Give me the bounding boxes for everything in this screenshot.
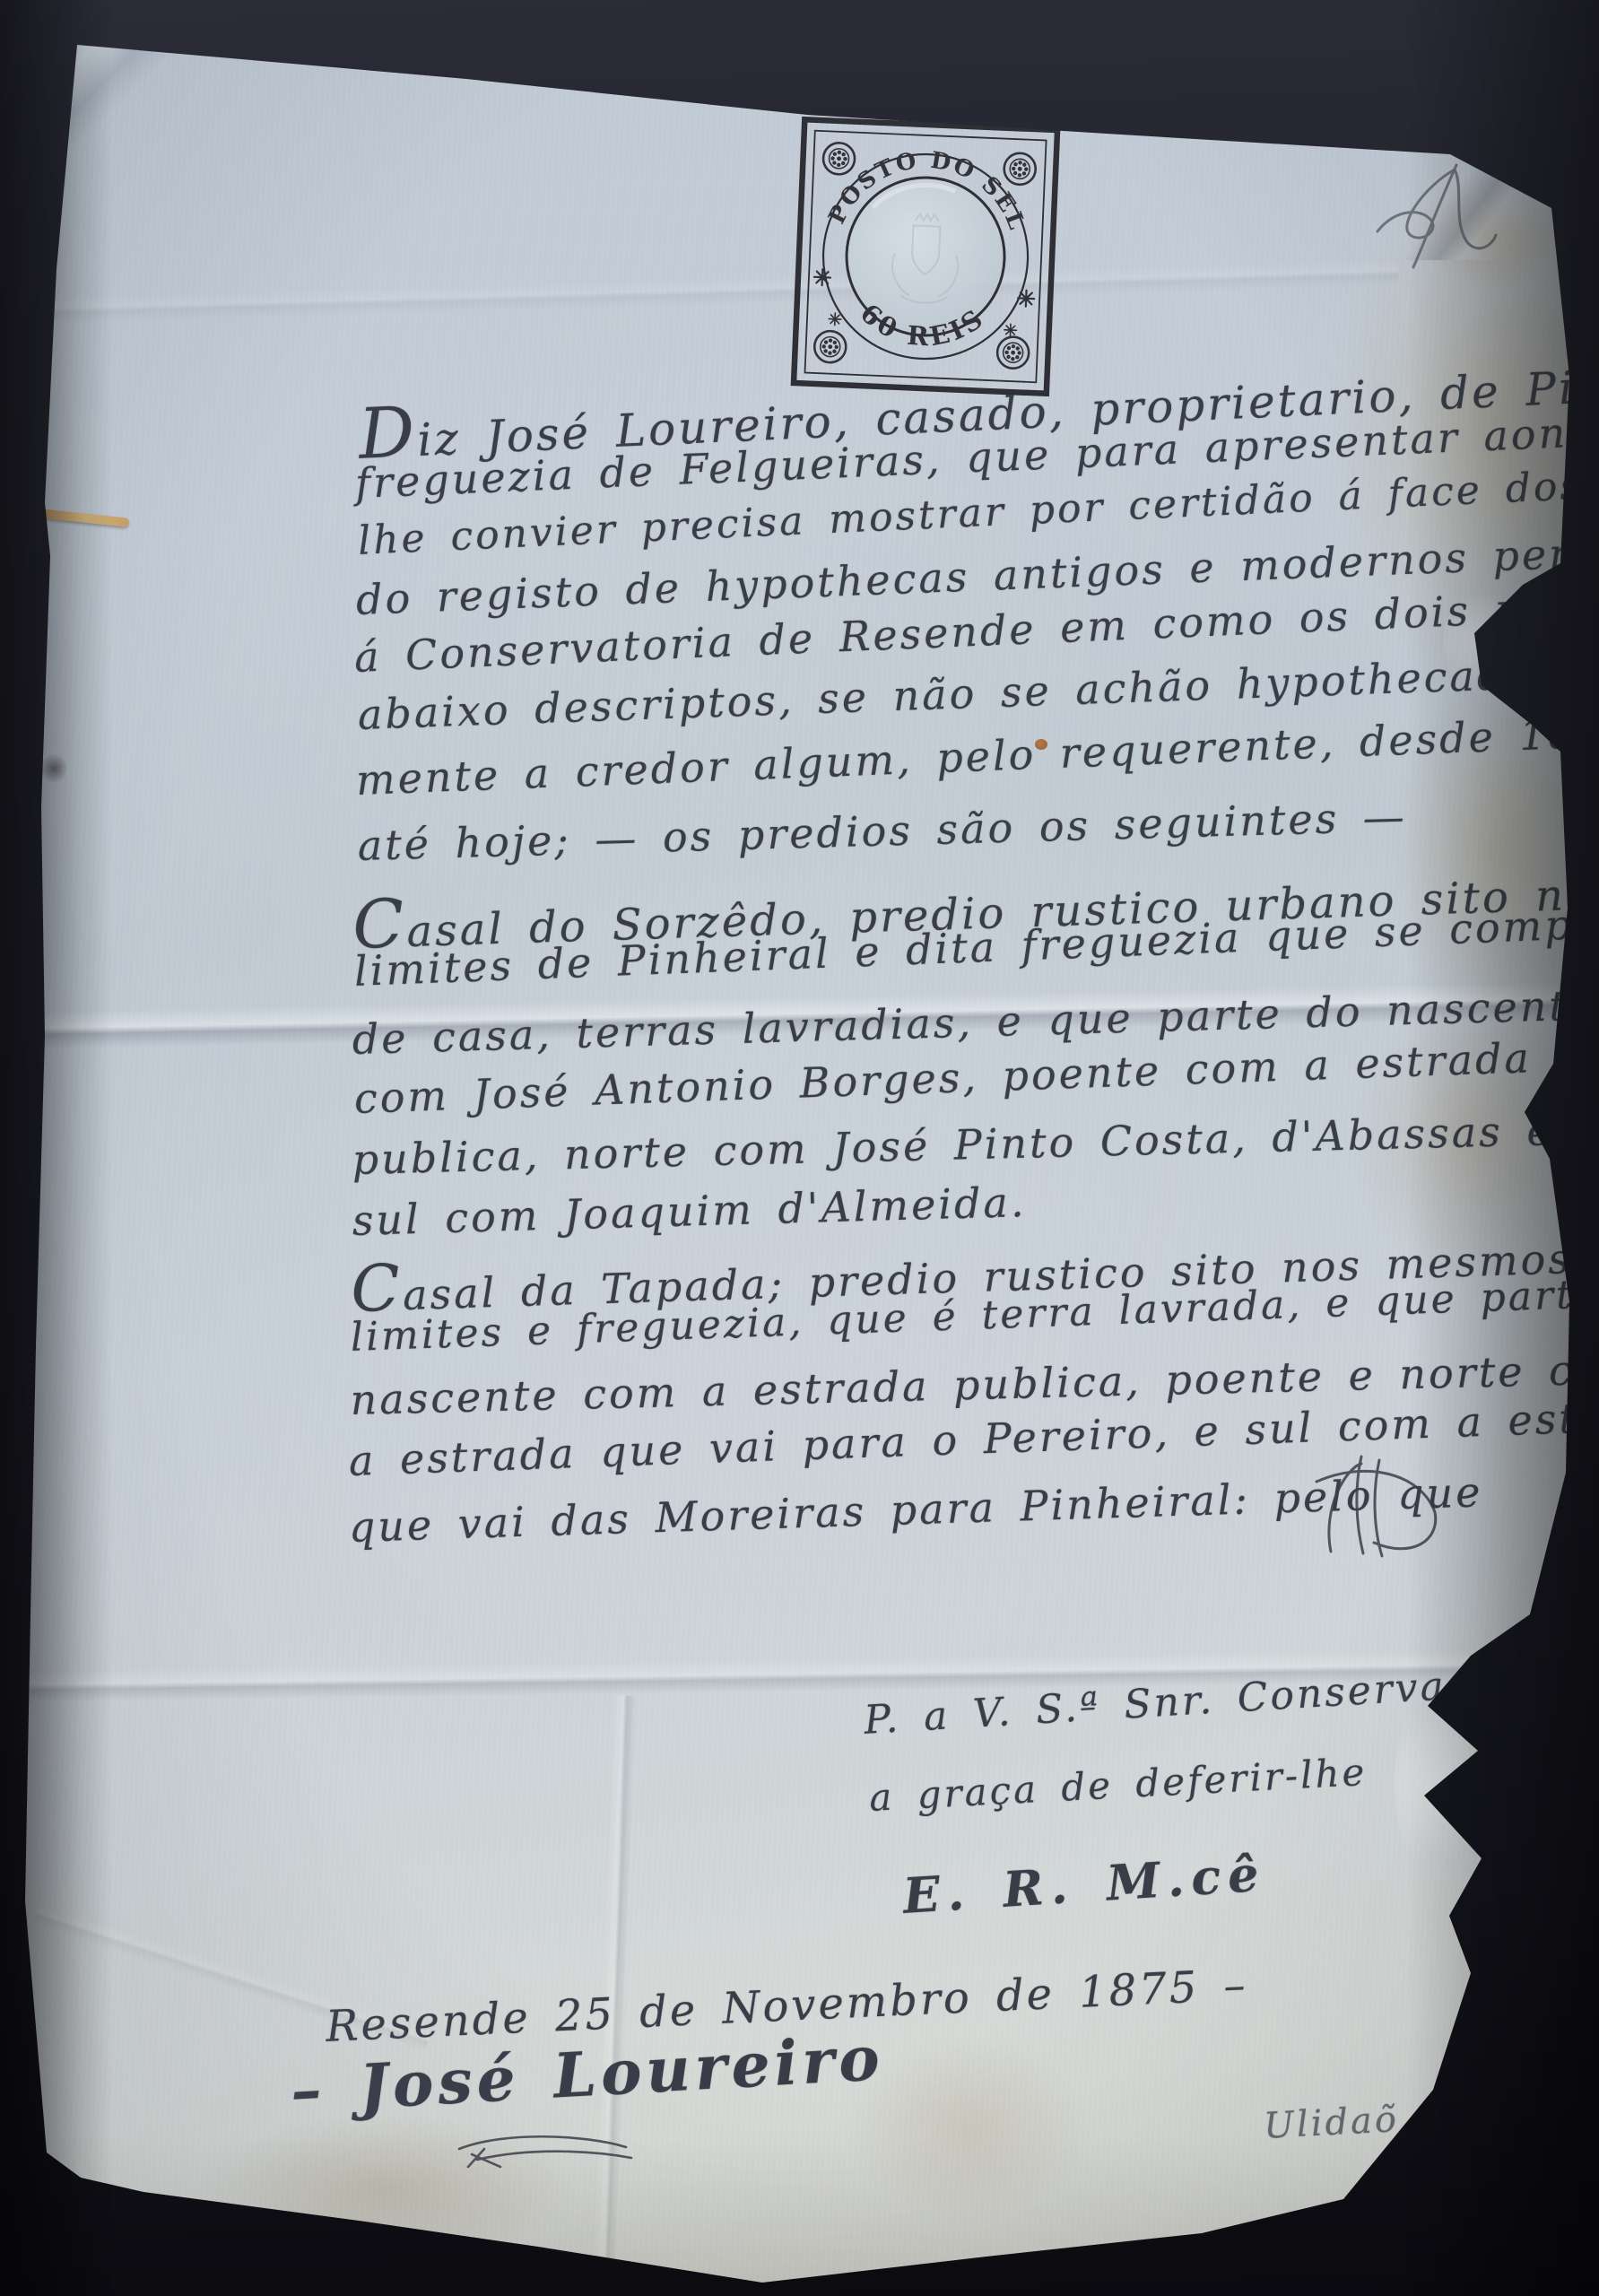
manuscript-line: limites e freguezia, que é terra lavrada… bbox=[350, 1268, 1599, 1361]
manuscript-line: a estrada que vai para o Pereiro, e sul … bbox=[348, 1390, 1599, 1485]
paper-vignette bbox=[0, 0, 1599, 2296]
photo-backdrop: IMPOSTO DO SELLO 60 REIS Diz José Lourei… bbox=[0, 0, 1599, 2296]
star-ornament-left bbox=[814, 269, 831, 286]
manuscript-line: abaixo descriptos, se não se achão hypot… bbox=[357, 640, 1599, 739]
rosette-bottom-right bbox=[996, 336, 1029, 369]
manuscript-line: com José Antonio Borges, poente com a es… bbox=[353, 1033, 1533, 1123]
embossed-center bbox=[846, 176, 1006, 336]
pencil-paraph bbox=[1370, 158, 1505, 270]
fold-crease-middle bbox=[18, 982, 1578, 1049]
paper-grain-texture bbox=[0, 0, 1599, 2296]
manuscript-line: Casal do Sorzêdo, predio rustico urbano … bbox=[352, 847, 1599, 964]
straw-fiber-left-edge bbox=[30, 508, 129, 526]
manuscript-line: Diz José Loureiro, casado, proprietario,… bbox=[357, 331, 1599, 475]
manuscript-line: até hoje; — os predios são os seguintes … bbox=[357, 792, 1407, 870]
corner-annotation: Ulidaõ bbox=[1263, 2099, 1400, 2147]
manuscript-line: lhe convier precisa mostrar por certidão… bbox=[357, 456, 1599, 564]
torn-edge-bite-upper bbox=[1444, 583, 1525, 700]
fold-crease-upper bbox=[54, 258, 1399, 323]
manuscript-line: mente a credor algum, pelo requerente, d… bbox=[355, 705, 1599, 804]
fold-crease-vertical bbox=[592, 1695, 636, 2288]
manuscript-line: nascente com a estrada publica, poente e… bbox=[350, 1344, 1599, 1424]
document-paper: IMPOSTO DO SELLO 60 REIS Diz José Lourei… bbox=[0, 0, 1599, 2296]
rosette-top-left bbox=[822, 143, 855, 175]
manuscript-line: de casa, terras lavradias, e que parte d… bbox=[352, 980, 1596, 1064]
rosette-top-right bbox=[1004, 152, 1036, 185]
manuscript-line: limites de Pinheiral e dita freguezia qu… bbox=[353, 898, 1599, 996]
end-of-text-paraph bbox=[1311, 1451, 1446, 1568]
manuscript-line: sul com Joaquim d'Almeida. bbox=[352, 1178, 1027, 1245]
dateline: Resende 25 de Novembro de 1875 – bbox=[325, 1960, 1249, 2052]
closing-formula: E. R. M.cê bbox=[901, 1845, 1267, 1925]
manuscript-line: que vai das Moreiras para Pinheiral: pel… bbox=[348, 1467, 1483, 1552]
ink-smudge-left-margin bbox=[41, 752, 66, 786]
petition-grace-line: a graça de deferir-lhe bbox=[868, 1750, 1368, 1820]
signature: – José Loureiro bbox=[289, 2022, 886, 2127]
stamp-denomination: 60 REIS bbox=[853, 297, 992, 355]
torn-edge-bite-lower bbox=[1395, 1686, 1484, 1883]
petition-formula-line: P. a V. S.ª Snr. Conservador bbox=[863, 1658, 1524, 1743]
star-ornament-right bbox=[1018, 290, 1035, 307]
manuscript-line: á Conservatoria de Resende em como os do… bbox=[353, 578, 1599, 682]
fold-crease-lower bbox=[27, 1648, 1551, 1702]
manuscript-line: do registo de hypothecas antigos e moder… bbox=[355, 522, 1599, 623]
fold-crease-diagonal bbox=[32, 1902, 432, 2052]
revenue-stamp-graphic: IMPOSTO DO SELLO 60 REIS bbox=[789, 115, 1063, 400]
manuscript-line: publica, norte com José Pinto Costa, d'A… bbox=[352, 1106, 1554, 1184]
corner-fold-top-left bbox=[59, 36, 167, 143]
rosette-bottom-left bbox=[814, 330, 847, 362]
signature-flourish bbox=[448, 2127, 646, 2181]
dog-ear-fold-top-right bbox=[1395, 126, 1583, 260]
embossed-coat-of-arms bbox=[891, 213, 960, 304]
rust-stain-spot bbox=[1035, 739, 1047, 750]
stamp-top-inscription: IMPOSTO DO SELLO bbox=[789, 115, 1036, 236]
star-ornament-left-small bbox=[829, 313, 841, 326]
manuscript-line: freguezia de Felgueiras, que para aprese… bbox=[354, 406, 1599, 508]
revenue-stamp: IMPOSTO DO SELLO 60 REIS bbox=[789, 115, 1063, 400]
star-ornament-right-small bbox=[1004, 324, 1017, 336]
manuscript-line: Casal da Tapada; predio rustico sito nos… bbox=[350, 1213, 1573, 1326]
